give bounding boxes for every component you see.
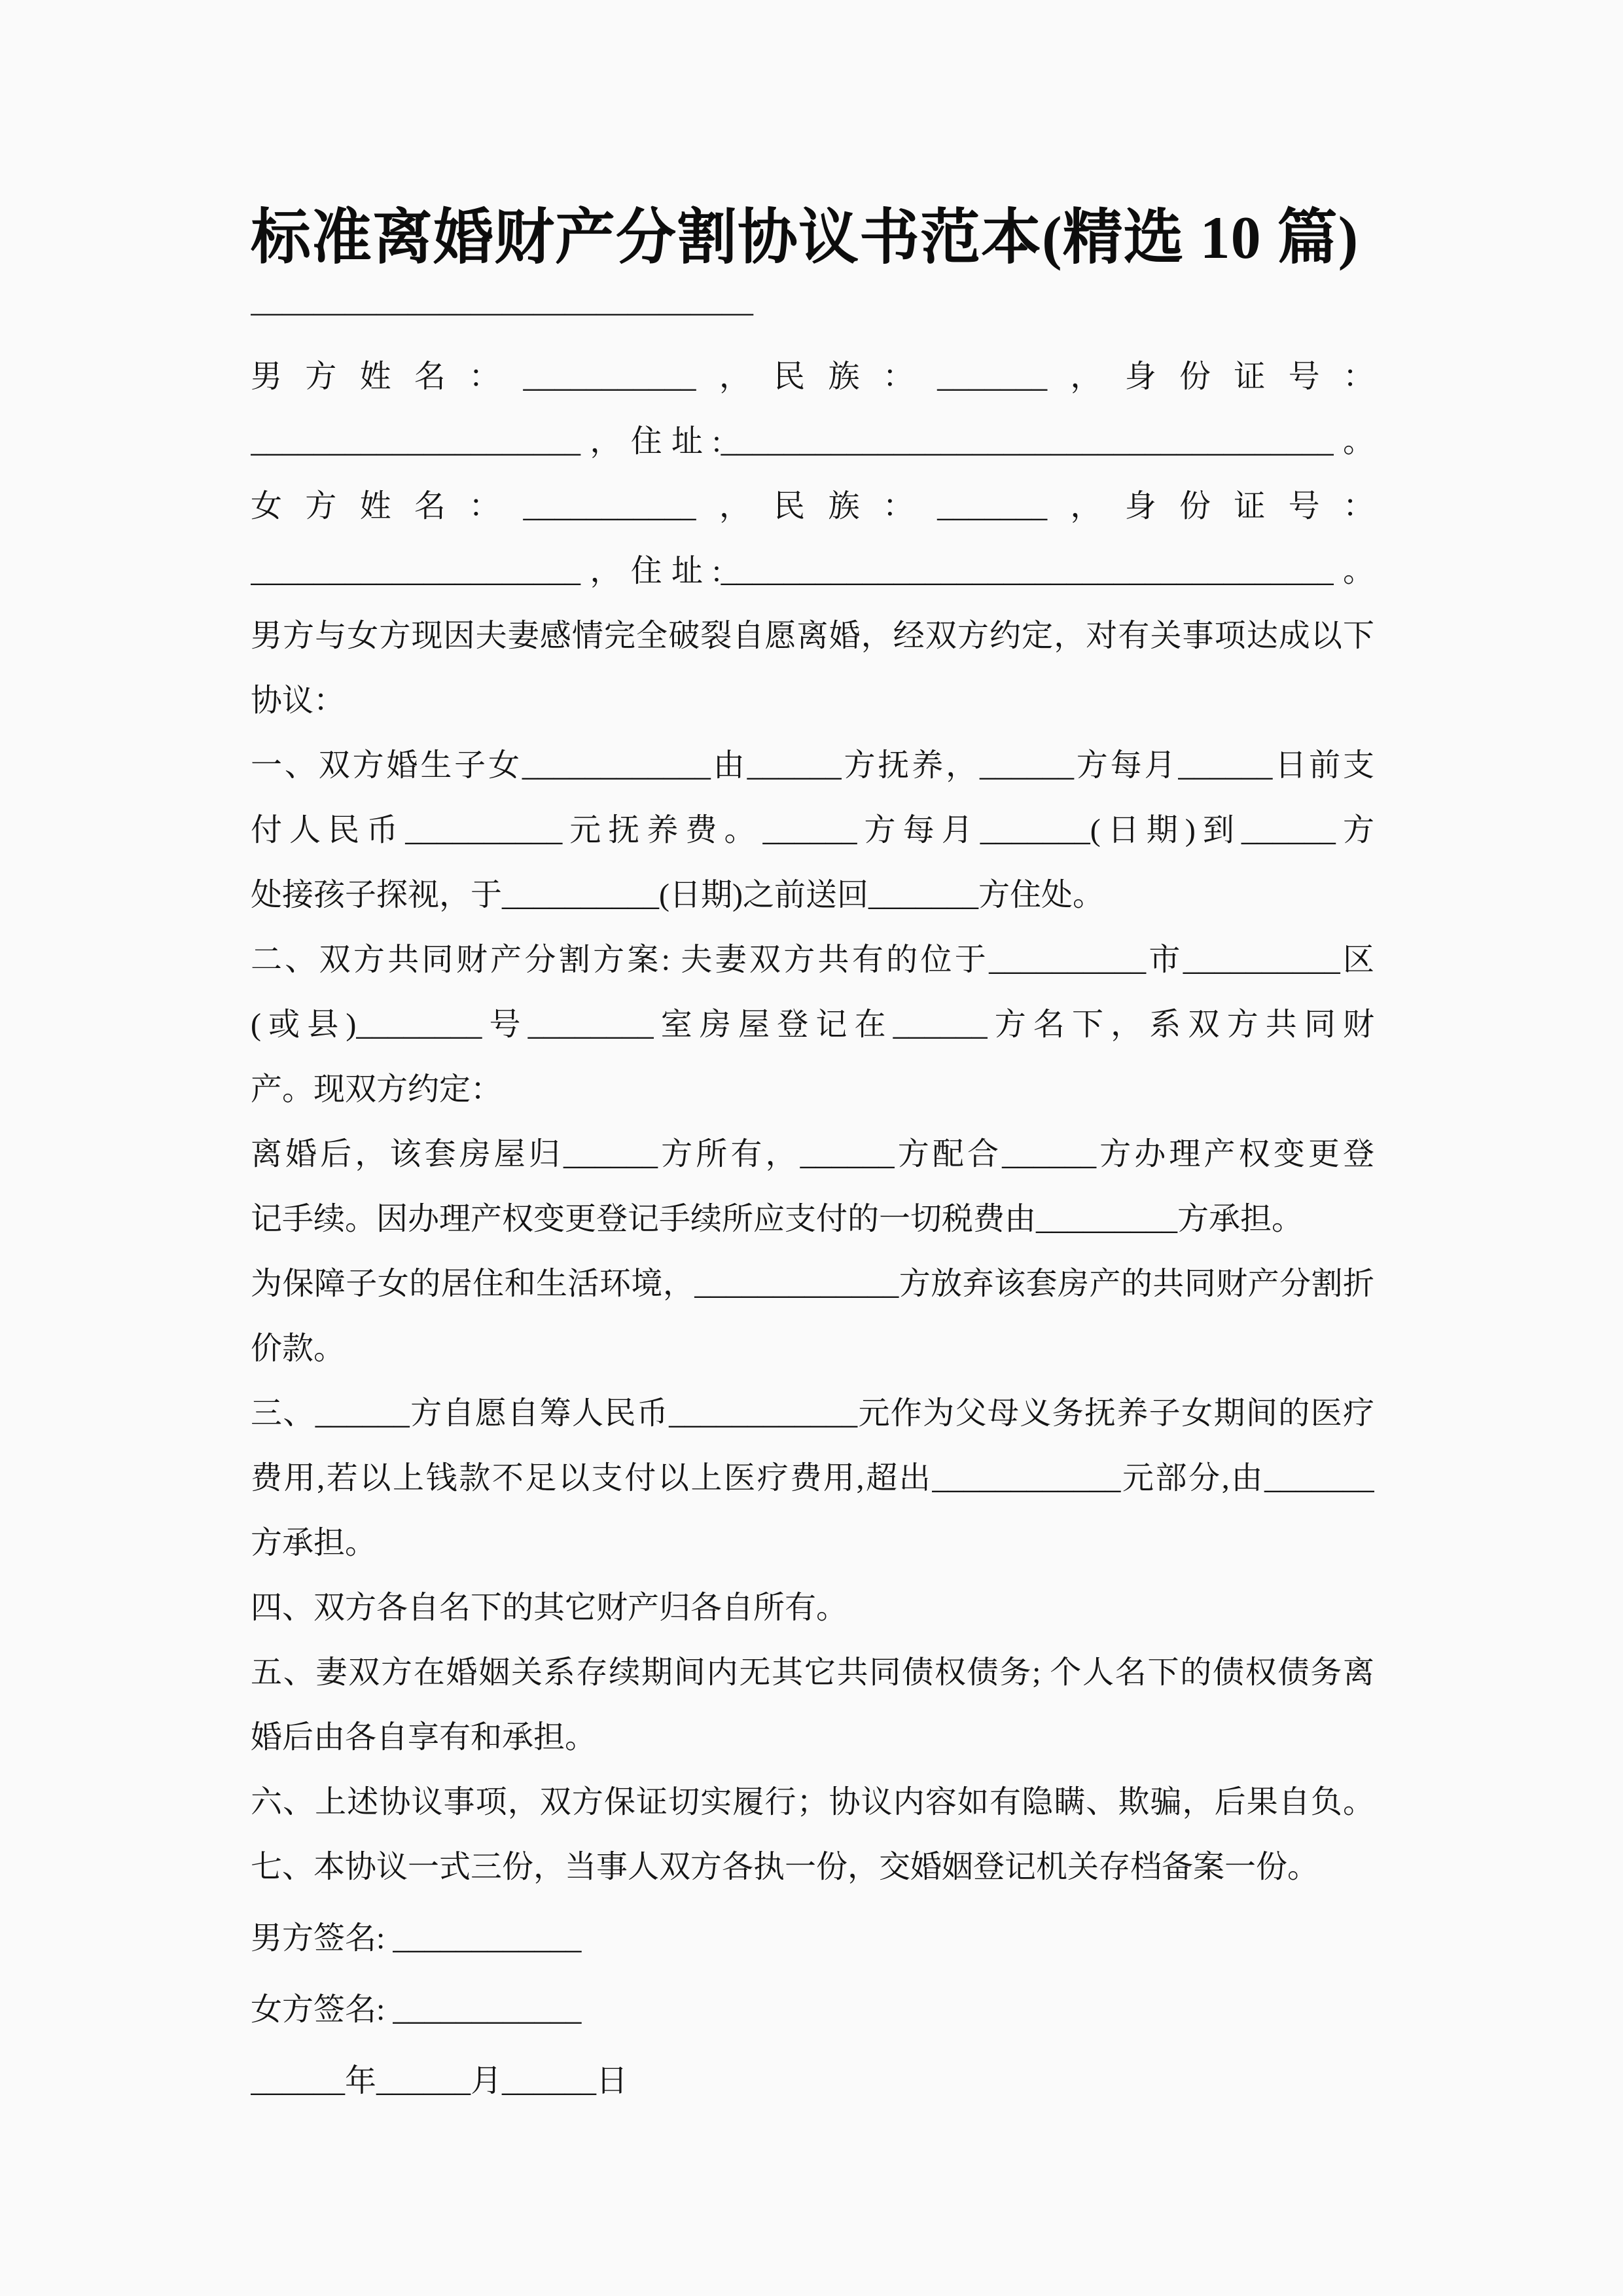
- husband-signature-line: 男方签名: ____________: [251, 1906, 1374, 1971]
- clause-3-line-1: 三、______方自愿自筹人民币____________元作为父母义务抚养子女期…: [251, 1381, 1374, 1446]
- clause-2-children-line-1: 为保障子女的居住和生活环境，_____________方放弃该套房产的共同财产分…: [251, 1251, 1374, 1316]
- document-page: { "page": { "background": "#fafafa", "te…: [0, 0, 1623, 2296]
- clause-2-line-3: 产。现双方约定：: [251, 1057, 1374, 1122]
- clause-3-line-3: 方承担。: [251, 1511, 1374, 1575]
- wife-info-line-1: 女方姓名：___________，民族：_______，身份证号：: [251, 474, 1374, 539]
- clause-2-house-line-2: 记手续。因办理产权变更登记手续所应支付的一切税费由_________方承担。: [251, 1187, 1374, 1251]
- clause-4-line-1: 四、双方各自名下的其它财产归各自所有。: [251, 1575, 1374, 1640]
- clause-1-line-2: 付人民币__________元抚养费。______方每月_______(日期)到…: [251, 798, 1374, 863]
- clause-5-line-2: 婚后由各自享有和承担。: [251, 1705, 1374, 1770]
- clause-2-house-line-1: 离婚后，该套房屋归______方所有，______方配合______方办理产权变…: [251, 1122, 1374, 1187]
- document-body: 男方姓名：___________，民族：_______，身份证号：_______…: [251, 344, 1374, 2113]
- husband-info-line-2: _____________________，住址:_______________…: [251, 409, 1374, 474]
- clause-5-line-1: 五、妻双方在婚姻关系存续期间内无其它共同债权债务; 个人名下的债权债务离: [251, 1640, 1374, 1705]
- clause-7-line-1: 七、本协议一式三份，当事人双方各执一份，交婚姻登记机关存档备案一份。: [251, 1835, 1374, 1899]
- wife-signature-line: 女方签名: ____________: [251, 1977, 1374, 2042]
- clause-2-line-1: 二、双方共同财产分割方案: 夫妻双方共有的位于__________市______…: [251, 927, 1374, 992]
- intro-line-2: 协议：: [251, 668, 1374, 733]
- clause-1-line-3: 处接孩子探视，于__________(日期)之前送回_______方住处。: [251, 863, 1374, 927]
- document-title: 标准离婚财产分割协议书范本(精选 10 篇): [251, 194, 1374, 282]
- wife-info-line-2: _____________________，住址:_______________…: [251, 539, 1374, 603]
- intro-line-1: 男方与女方现因夫妻感情完全破裂自愿离婚，经双方约定，对有关事项达成以下: [251, 603, 1374, 668]
- document-content: 标准离婚财产分割协议书范本(精选 10 篇) ———————————————— …: [251, 194, 1374, 2113]
- clause-2-children-line-2: 价款。: [251, 1316, 1374, 1381]
- husband-info-line-1: 男方姓名：___________，民族：_______，身份证号：: [251, 344, 1374, 409]
- clause-6-line-1: 六、上述协议事项，双方保证切实履行；协议内容如有隐瞒、欺骗，后果自负。: [251, 1770, 1374, 1835]
- title-divider: ————————————————: [251, 279, 1374, 344]
- date-line: ______年______月______日: [251, 2049, 1374, 2113]
- clause-2-line-2: (或县)________号________室房屋登记在______方名下，系双方…: [251, 992, 1374, 1057]
- clause-3-line-2: 费用,若以上钱款不足以支付以上医疗费用,超出____________元部分,由_…: [251, 1446, 1374, 1511]
- clause-1-line-1: 一、双方婚生子女____________由______方抚养，______方每月…: [251, 733, 1374, 798]
